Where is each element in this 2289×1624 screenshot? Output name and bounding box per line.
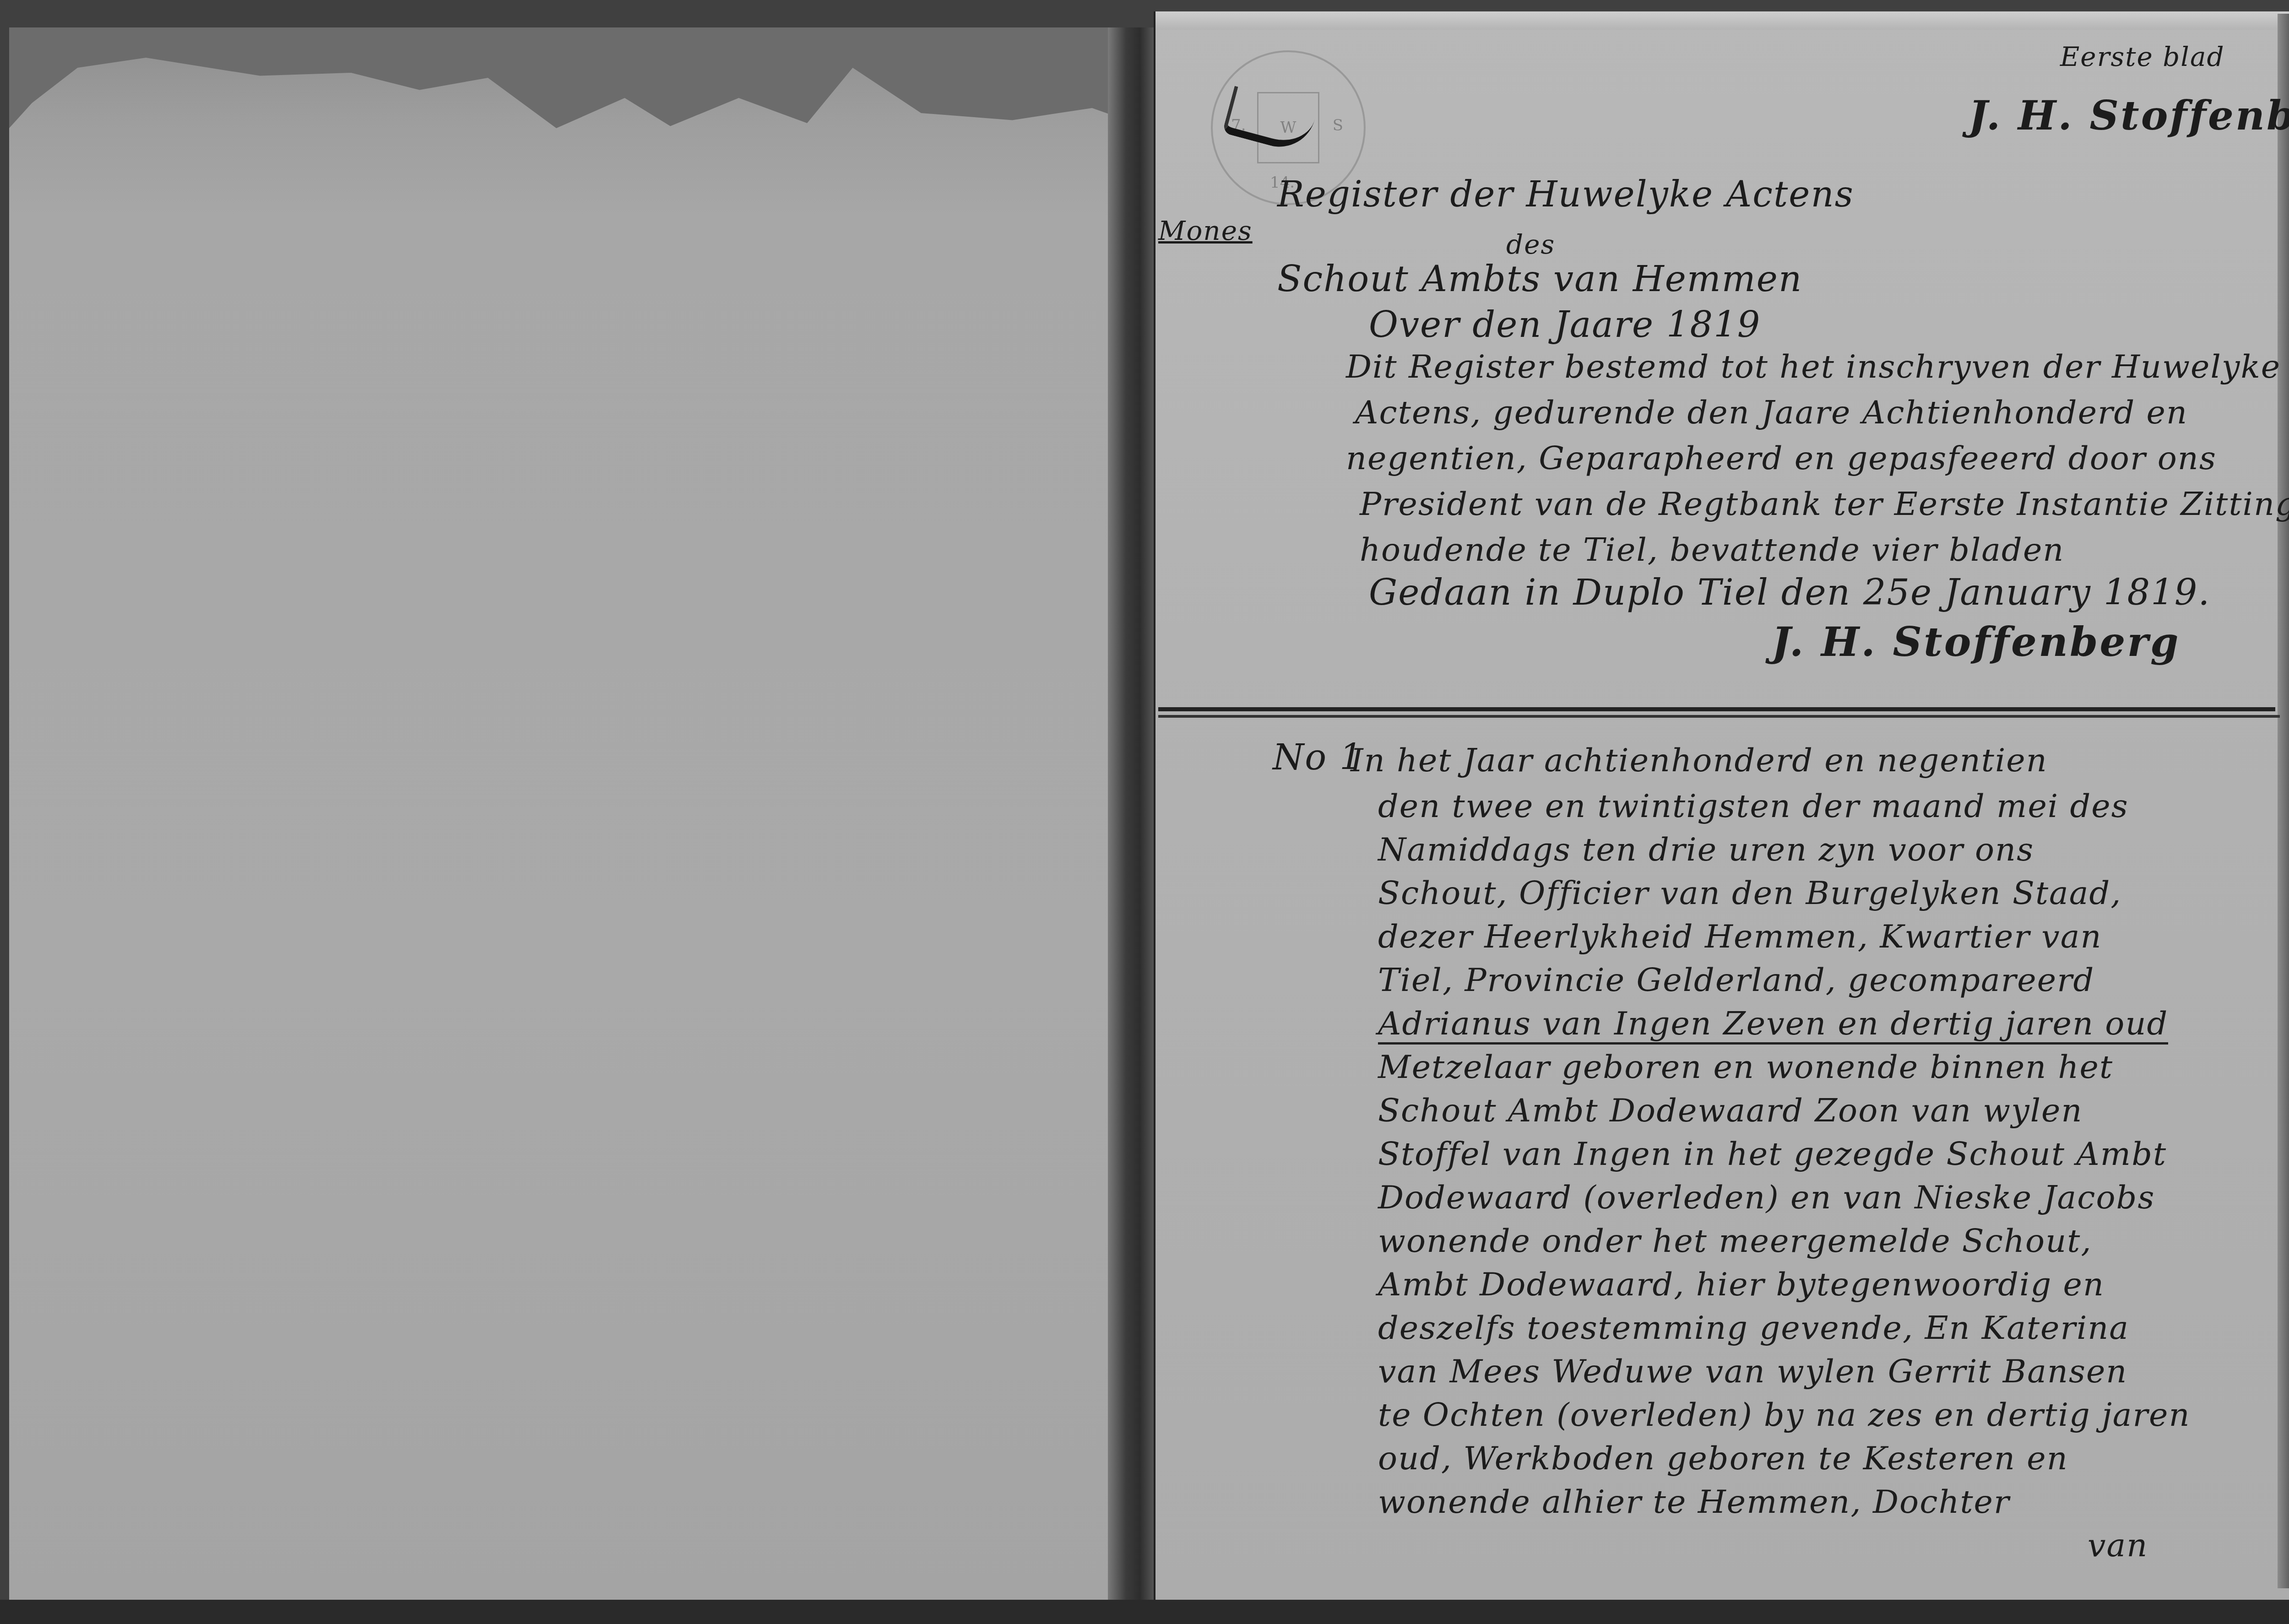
entry-line-8: Metzelaar geboren en wonende binnen het bbox=[1378, 1048, 2113, 1086]
register-title: Register der Huwelyke Actens bbox=[1277, 174, 1854, 215]
book-gutter bbox=[1108, 27, 1154, 1602]
entry-line-1: In het Jaar achtienhonderd en negentien bbox=[1351, 742, 2048, 779]
register-year: Over den Jaare 1819 bbox=[1369, 304, 1761, 346]
left-page-blank bbox=[9, 27, 1149, 1602]
header-text-line-1: Dit Register bestemd tot het inschryven … bbox=[1346, 348, 2281, 385]
scan-bottom-edge bbox=[0, 1600, 2289, 1624]
stamp-text-right: S bbox=[1333, 116, 1343, 135]
entry-line-7-groom: Adrianus van Ingen Zeven en dertig jaren… bbox=[1378, 1005, 2168, 1045]
entry-line-5: dezer Heerlykheid Hemmen, Kwartier van bbox=[1378, 918, 2102, 955]
header-text-line-2: Actens, gedurende den Jaare Achtienhonde… bbox=[1355, 394, 2188, 431]
register-subtitle: Schout Ambts van Hemmen bbox=[1277, 259, 1802, 300]
margin-note-name: Mones bbox=[1158, 215, 1253, 246]
entry-line-6: Tiel, Provincie Gelderland, gecompareerd bbox=[1378, 961, 2094, 999]
entry-line-15: van Mees Weduwe van wylen Gerrit Bansen bbox=[1378, 1353, 2127, 1390]
entry-line-16: te Ochten (overleden) by na zes en derti… bbox=[1378, 1396, 2191, 1434]
entry-number: No 1 bbox=[1273, 737, 1363, 778]
header-text-line-3: negentien, Geparapheerd en gepasfeeerd d… bbox=[1346, 439, 2217, 477]
section-divider-rule bbox=[1158, 707, 2275, 711]
entry-line-17: oud, Werkboden geboren te Kesteren en bbox=[1378, 1440, 2068, 1477]
entry-line-10: Stoffel van Ingen in het gezegde Schout … bbox=[1378, 1135, 2167, 1173]
section-divider-rule-2 bbox=[1158, 715, 2280, 718]
right-page-edge bbox=[2278, 14, 2289, 1588]
entry-line-3: Namiddags ten drie uren zyn voor ons bbox=[1378, 831, 2034, 868]
entry-line-14: deszelfs toestemming gevende, En Katerin… bbox=[1378, 1309, 2129, 1347]
entry-line-4: Schout, Officier van den Burgelyken Staa… bbox=[1378, 874, 2122, 912]
entry-line-18: wonende alhier te Hemmen, Dochter bbox=[1378, 1483, 2010, 1521]
entry-line-12: wonende onder het meergemelde Schout, bbox=[1378, 1222, 2092, 1260]
entry-line-9: Schout Ambt Dodewaard Zoon van wylen bbox=[1378, 1092, 2083, 1129]
entry-line-19-catchword: van bbox=[2088, 1527, 2148, 1564]
header-text-line-4: President van de Regtbank ter Eerste Ins… bbox=[1360, 485, 2289, 523]
first-page-note: Eerste blad bbox=[2060, 41, 2225, 72]
header-signature: J. H. Stoffenberg bbox=[1772, 618, 2180, 666]
header-text-line-5: houdende te Tiel, bevattende vier bladen bbox=[1360, 531, 2064, 568]
top-signature: J. H. Stoffenberg bbox=[1969, 92, 2289, 139]
header-text-line-6-date: Gedaan in Duplo Tiel den 25e January 181… bbox=[1369, 572, 2210, 613]
entry-line-2: den twee en twintigsten der maand mei de… bbox=[1378, 787, 2129, 825]
register-title-superscript: des bbox=[1506, 229, 1555, 260]
entry-line-13: Ambt Dodewaard, hier bytegenwoordig en bbox=[1378, 1266, 2105, 1303]
entry-line-11: Dodewaard (overleden) en van Nieske Jaco… bbox=[1378, 1179, 2155, 1216]
